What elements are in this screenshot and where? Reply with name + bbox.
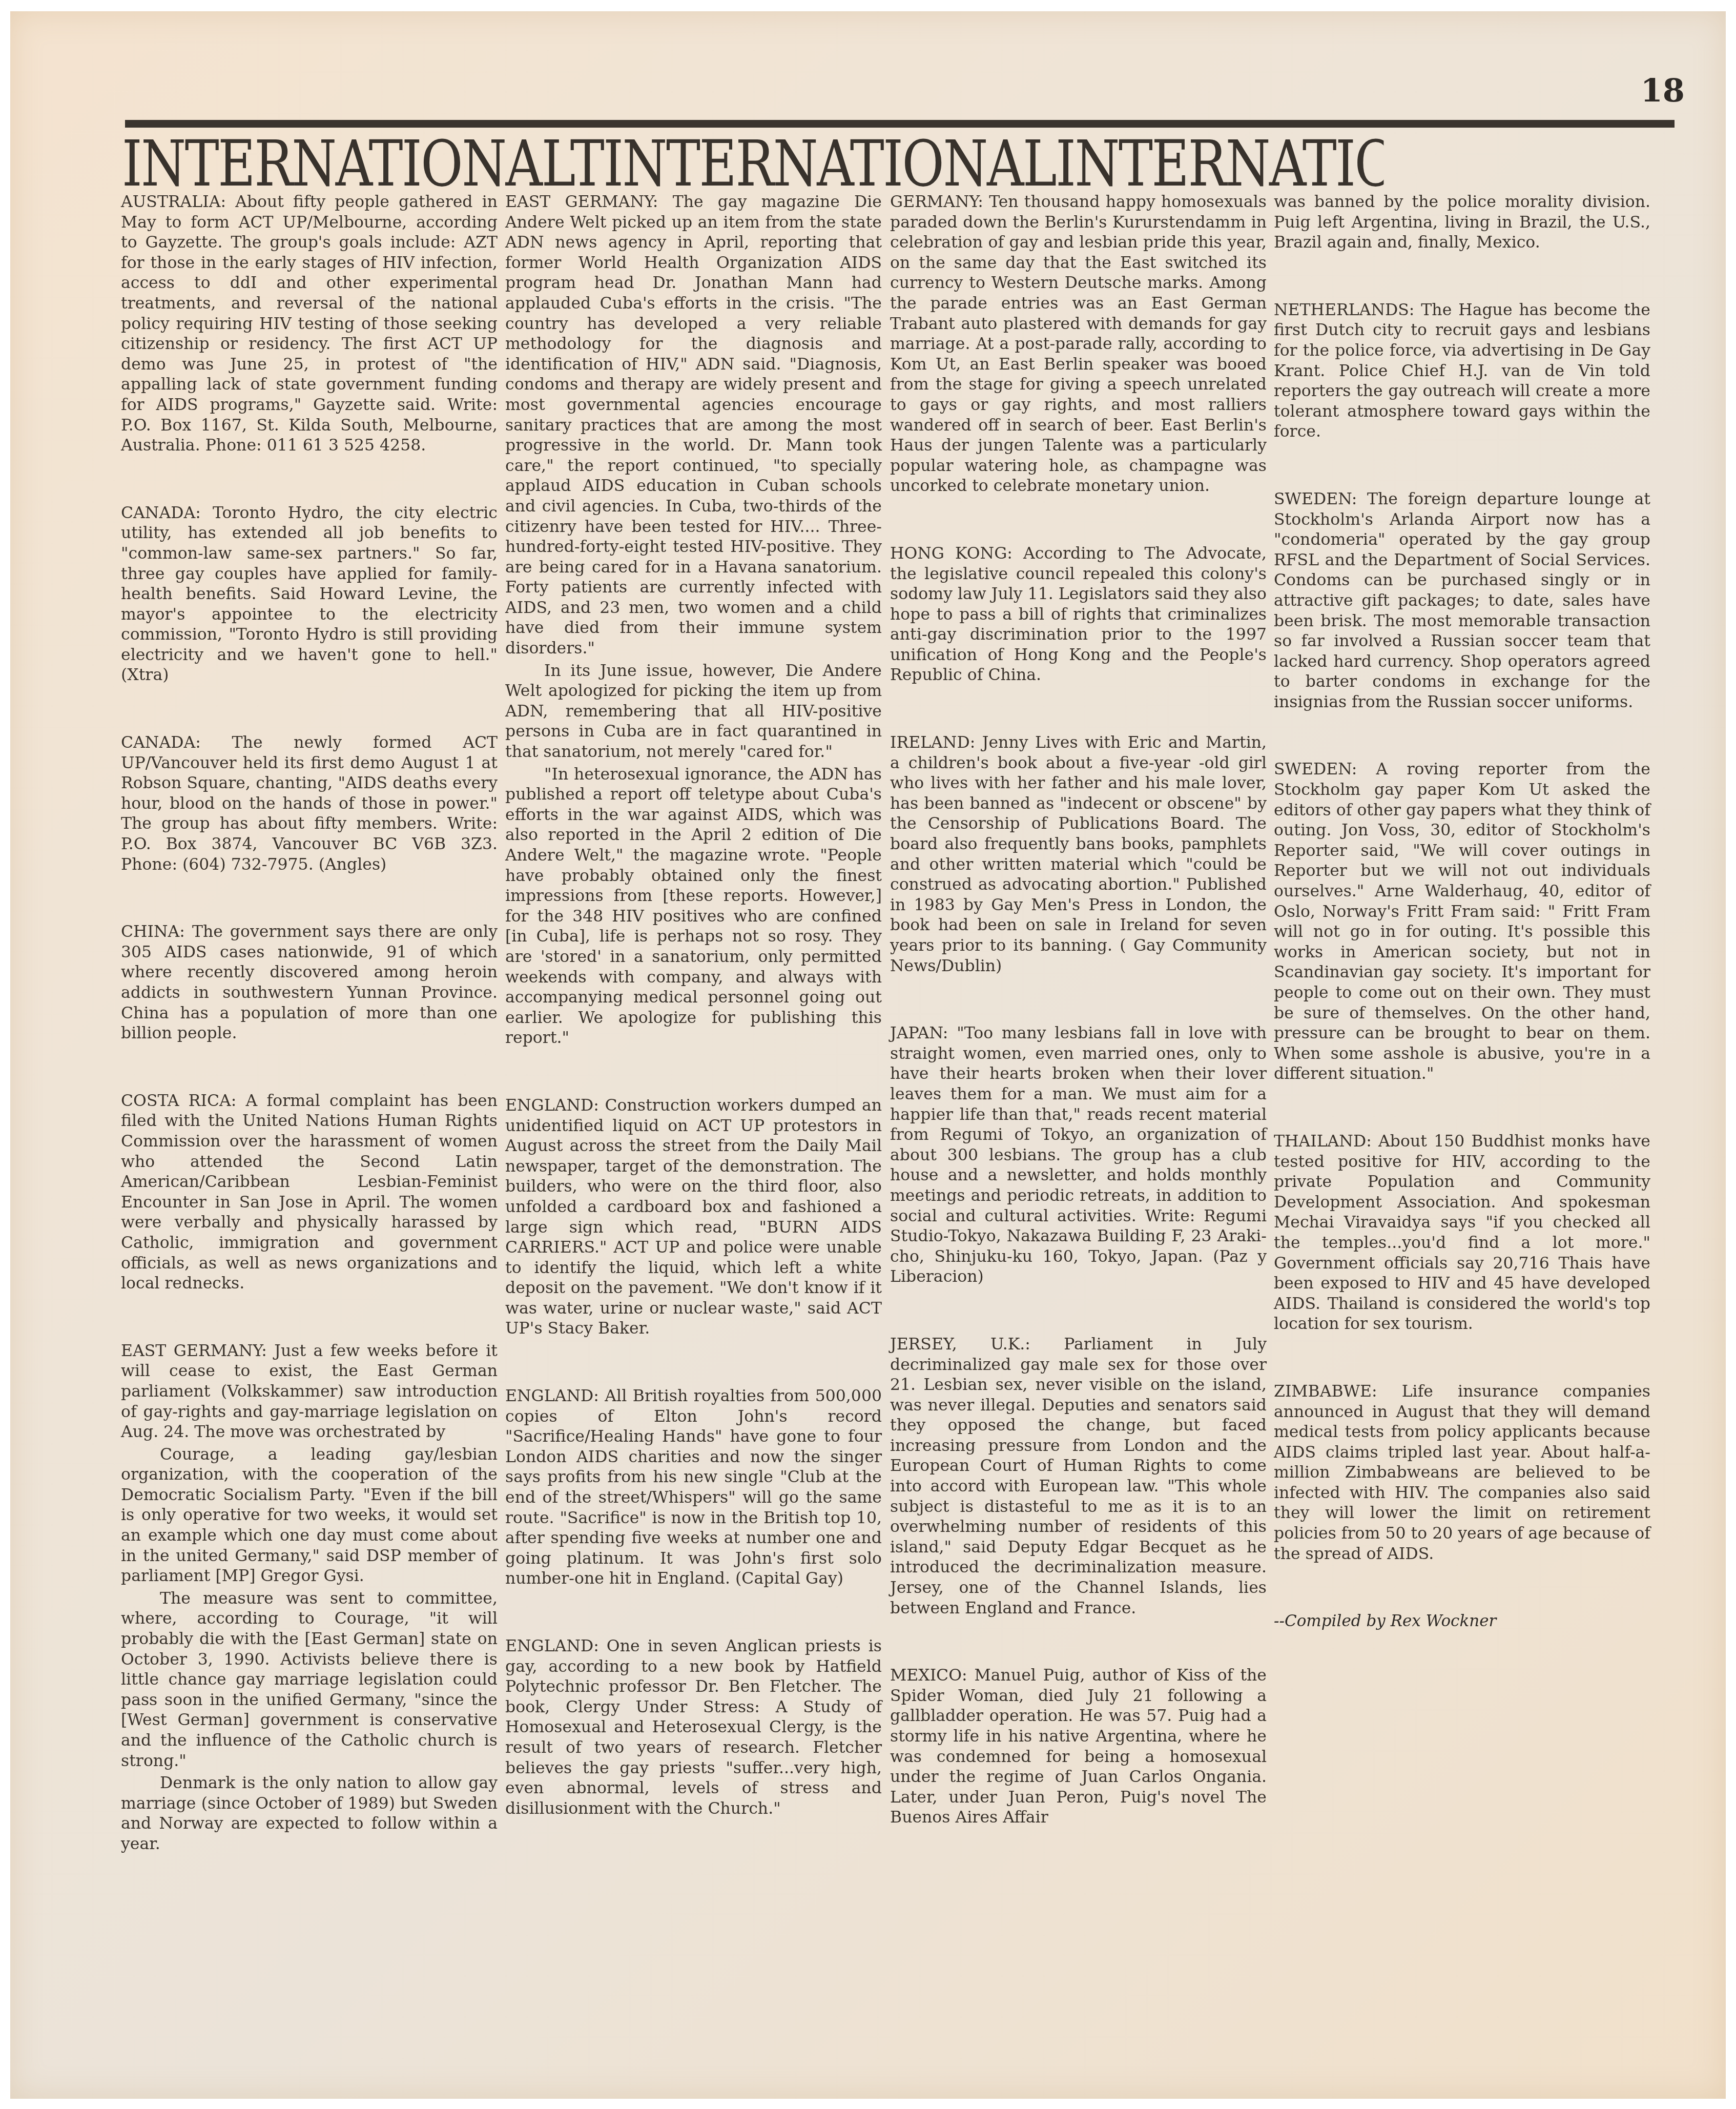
column-4: was banned by the police morality divisi… xyxy=(1274,192,1650,1632)
news-brief: MEXICO: Manuel Puig, author of Kiss of t… xyxy=(890,1666,1267,1828)
news-brief: HONG KONG: According to The Advocate, th… xyxy=(890,544,1267,686)
page-number: 18 xyxy=(1641,72,1685,109)
news-brief: ENGLAND: Construction workers dumped an … xyxy=(505,1096,882,1339)
brief-lead-paragraph: ZIMBABWE: Life insurance companies annou… xyxy=(1274,1382,1650,1564)
brief-paragraph: "In heterosexual ignorance, the ADN has … xyxy=(505,765,882,1049)
brief-paragraph: In its June issue, however, Die Andere W… xyxy=(505,661,882,763)
brief-lead-paragraph: SWEDEN: A roving reporter from the Stock… xyxy=(1274,760,1650,1084)
news-brief: EAST GERMANY: Just a few weeks before it… xyxy=(121,1341,498,1855)
brief-lead-paragraph: JAPAN: "Too many lesbians fall in love w… xyxy=(890,1023,1267,1287)
brief-paragraph: The measure was sent to committee, where… xyxy=(121,1589,498,1771)
news-brief: SWEDEN: The foreign departure lounge at … xyxy=(1274,489,1650,713)
brief-lead-paragraph: HONG KONG: According to The Advocate, th… xyxy=(890,544,1267,686)
news-brief: AUSTRALIA: About fifty people gathered i… xyxy=(121,192,498,456)
byline-credit: --Compiled by Rex Wockner xyxy=(1274,1611,1650,1632)
brief-lead-paragraph: NETHERLANDS: The Hague has become the fi… xyxy=(1274,300,1650,442)
news-brief: CANADA: The newly formed ACT UP/Vancouve… xyxy=(121,733,498,875)
column-2: EAST GERMANY: The gay magazine Die Ander… xyxy=(505,192,882,1866)
brief-lead-paragraph: JERSEY, U.K.: Parliament in July decrimi… xyxy=(890,1335,1267,1619)
brief-paragraph: Courage, a leading gay/lesbian organizat… xyxy=(121,1445,498,1587)
brief-lead-paragraph: SWEDEN: The foreign departure lounge at … xyxy=(1274,489,1650,713)
brief-lead-paragraph: MEXICO: Manuel Puig, author of Kiss of t… xyxy=(890,1666,1267,1828)
news-brief: JAPAN: "Too many lesbians fall in love w… xyxy=(890,1023,1267,1287)
brief-lead-paragraph: IRELAND: Jenny Lives with Eric and Marti… xyxy=(890,733,1267,976)
brief-lead-paragraph: AUSTRALIA: About fifty people gathered i… xyxy=(121,192,498,456)
brief-lead-paragraph: ENGLAND: All British royalties from 500,… xyxy=(505,1386,882,1589)
brief-lead-paragraph: EAST GERMANY: The gay magazine Die Ander… xyxy=(505,192,882,659)
brief-lead-paragraph: ENGLAND: Construction workers dumped an … xyxy=(505,1096,882,1339)
brief-paragraph: Denmark is the only nation to allow gay … xyxy=(121,1773,498,1854)
brief-lead-paragraph: EAST GERMANY: Just a few weeks before it… xyxy=(121,1341,498,1443)
brief-lead-paragraph: COSTA RICA: A formal complaint has been … xyxy=(121,1091,498,1294)
brief-lead-paragraph: GERMANY: Ten thousand happy homosexuals … xyxy=(890,192,1267,497)
news-brief: IRELAND: Jenny Lives with Eric and Marti… xyxy=(890,733,1267,976)
news-brief: GERMANY: Ten thousand happy homosexuals … xyxy=(890,192,1267,497)
news-brief: EAST GERMANY: The gay magazine Die Ander… xyxy=(505,192,882,1049)
news-brief: CANADA: Toronto Hydro, the city electric… xyxy=(121,503,498,686)
news-brief: was banned by the police morality divisi… xyxy=(1274,192,1650,253)
brief-lead-paragraph: CANADA: The newly formed ACT UP/Vancouve… xyxy=(121,733,498,875)
news-brief: CHINA: The government says there are onl… xyxy=(121,922,498,1044)
news-brief: ENGLAND: All British royalties from 500,… xyxy=(505,1386,882,1589)
brief-lead-paragraph: was banned by the police morality divisi… xyxy=(1274,192,1650,253)
news-brief: ENGLAND: One in seven Anglican priests i… xyxy=(505,1636,882,1819)
brief-lead-paragraph: ENGLAND: One in seven Anglican priests i… xyxy=(505,1636,882,1819)
header-rule xyxy=(125,120,1675,128)
brief-lead-paragraph: CHINA: The government says there are onl… xyxy=(121,922,498,1044)
brief-lead-paragraph: THAILAND: About 150 Buddhist monks have … xyxy=(1274,1132,1650,1335)
brief-lead-paragraph: CANADA: Toronto Hydro, the city electric… xyxy=(121,503,498,686)
news-brief: THAILAND: About 150 Buddhist monks have … xyxy=(1274,1132,1650,1335)
section-masthead: INTERNATIONALTINTERNATIONALINTERNATIO xyxy=(122,128,1383,200)
news-brief: COSTA RICA: A formal complaint has been … xyxy=(121,1091,498,1294)
column-1: AUSTRALIA: About fifty people gathered i… xyxy=(121,192,498,1902)
column-3: GERMANY: Ten thousand happy homosexuals … xyxy=(890,192,1267,1875)
news-brief: ZIMBABWE: Life insurance companies annou… xyxy=(1274,1382,1650,1564)
news-brief: SWEDEN: A roving reporter from the Stock… xyxy=(1274,760,1650,1084)
news-brief: JERSEY, U.K.: Parliament in July decrimi… xyxy=(890,1335,1267,1619)
news-brief: NETHERLANDS: The Hague has become the fi… xyxy=(1274,300,1650,442)
